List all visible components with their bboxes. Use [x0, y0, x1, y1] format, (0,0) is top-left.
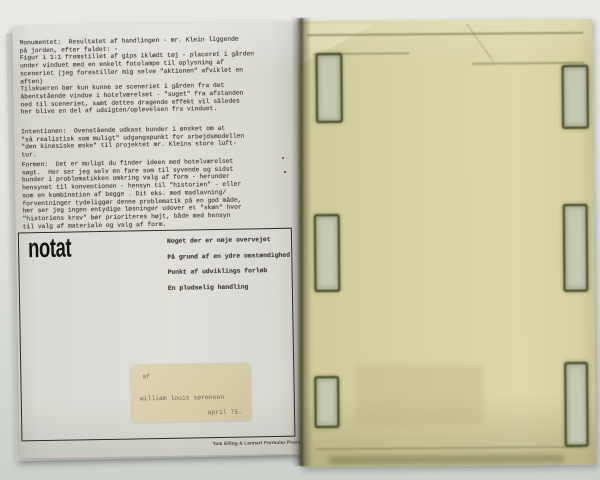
paragraph-intentionen: Intentionen: Ovenstående udkast bunder i… [21, 124, 244, 159]
book-spread-photo: Monumentet: Resultatet af handlingen - m… [0, 0, 600, 480]
tape-mark-bottom-left [314, 376, 339, 428]
byline-af: af [142, 373, 150, 380]
tape-mark-middle-left [314, 214, 341, 292]
byline-date: april 75. [207, 409, 242, 417]
notat-item: Noget der er nøje overvejet [167, 236, 290, 245]
notat-box: notat Noget der er nøje overvejet På gru… [18, 228, 296, 442]
tape-mark-middle-right [563, 204, 589, 292]
tape-mark-bottom-right [564, 362, 589, 447]
dust-speck [284, 171, 286, 173]
left-page: Monumentet: Resultatet af handlingen - m… [12, 22, 305, 459]
notat-title: notat [28, 233, 72, 265]
pasted-byline-label: af william louis sørensen april 75. [131, 363, 251, 422]
ghost-outline-line [316, 446, 582, 450]
notat-item: Punkt af udviklings forløb [168, 267, 291, 276]
page-crease [466, 24, 494, 62]
tape-mark-top-left [315, 53, 343, 123]
byline-author: william louis sørensen [140, 394, 224, 402]
bottom-edge-smudge [329, 455, 564, 464]
notat-item-list: Noget der er nøje overvejet På grund af … [167, 236, 291, 301]
adhesive-stain [355, 365, 484, 426]
paragraph-monumentet: Monumentet: Resultatet af handlingen - m… [19, 35, 255, 116]
paragraph-formen: Formen: Det er muligt du finder ideen me… [22, 158, 242, 231]
dust-speck [282, 157, 284, 159]
printer-credit: Tom Elling & Lennart Formular Press [213, 440, 301, 447]
tape-mark-top-right [561, 65, 589, 129]
notat-item: En pludselig handling [168, 282, 291, 291]
right-page [297, 19, 596, 468]
notat-item: På grund af en ydre omstændighed [167, 251, 290, 260]
